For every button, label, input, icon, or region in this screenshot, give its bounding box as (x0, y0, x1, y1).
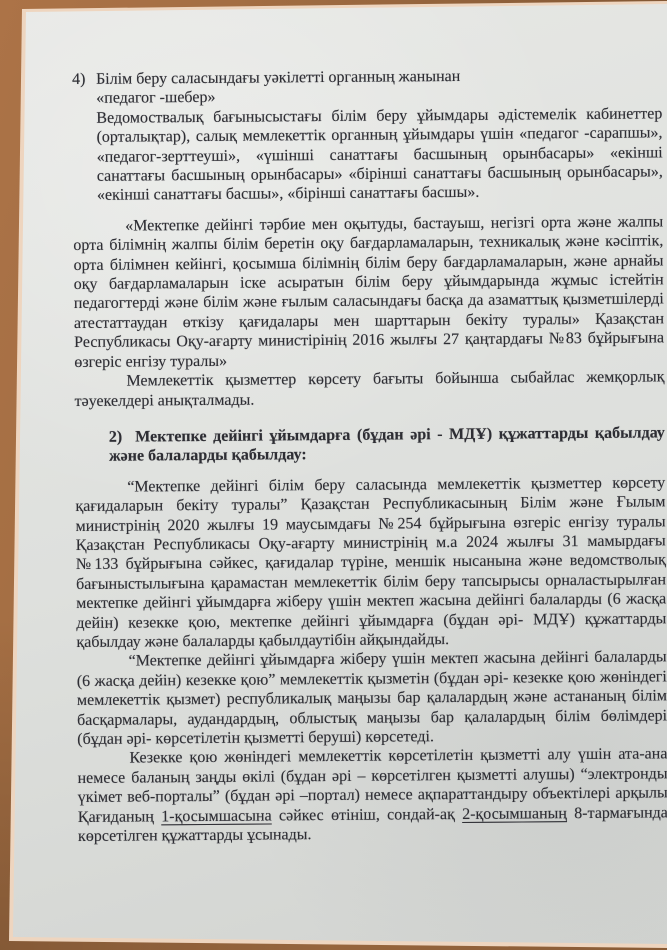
block-list-item: 4)Білім беру саласындағы уәкілетті орган… (72, 65, 663, 205)
block-paragraph: «Мектепке дейінгі тәрбие мен оқытуды, ба… (73, 212, 664, 372)
block-paragraph: Мемлекеттік қызметтер көрсету бағыты бой… (74, 367, 664, 410)
heading-marker: 2) (109, 429, 122, 446)
list-marker: 4) (72, 70, 85, 90)
underlined-reference: 1-қосымшасына (161, 807, 272, 825)
block-heading: 2)Мектепке дейінгі ұйымдарға (бұдан әрі … (109, 423, 665, 466)
block-paragraph: Кезекке қою жөніндегі мемлекеттік көрсет… (77, 745, 667, 847)
heading-text: Мектепке дейінгі ұйымдарға (бұдан әрі - … (109, 424, 665, 465)
underlined-reference: 2-қосымшаның (462, 805, 567, 823)
document-page: 4)Білім беру саласындағы уәкілетті орган… (72, 65, 667, 846)
paragraph-text: сәйкес өтініш, сондай-ақ (272, 806, 463, 824)
list-item-body: Ведомоствалық бағынысыстағы білім беру ұ… (96, 104, 663, 205)
block-paragraph: “Мектепке дейінгі ұйымдарға жіберу үшін … (77, 648, 667, 750)
desk-surface: 4)Білім беру саласындағы уәкілетті орган… (0, 0, 667, 950)
block-paragraph: “Мектепке дейінгі білім беру саласында м… (75, 473, 666, 652)
